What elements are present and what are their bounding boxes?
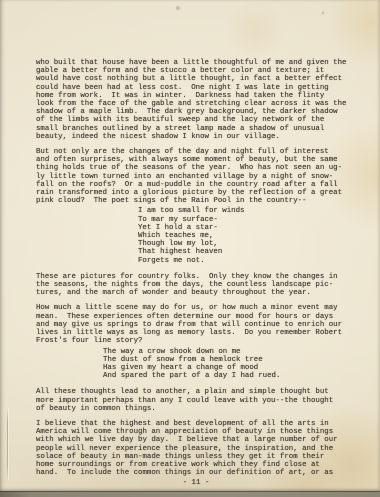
poem-frost-dust-of-snow: The way a crow shook down on me The dust… (36, 348, 356, 381)
paper-crease (7, 408, 8, 480)
paragraph-country-folks: These are pictures for country folks. On… (36, 273, 356, 298)
typewritten-text-column: who built that house have been a little … (36, 59, 356, 488)
paragraph-seasons: But not only are the changes of the day … (36, 148, 356, 205)
poem-rain-pool: I am too small for winds To mar my surfa… (36, 207, 356, 264)
paragraph-simple-thought: All these thoughts lead to another, a pl… (36, 388, 356, 413)
paragraph-beauty-in-common-things: I believe that the highest and best deve… (36, 420, 356, 477)
page-number: - 11 - (36, 479, 356, 487)
scanner-bed: who built that house have been a little … (0, 0, 380, 497)
paragraph-little-scene: How much a little scene may do for us, o… (36, 304, 356, 345)
document-page: who built that house have been a little … (0, 0, 380, 491)
paragraph-house-shadow: who built that house have been a little … (36, 59, 356, 141)
